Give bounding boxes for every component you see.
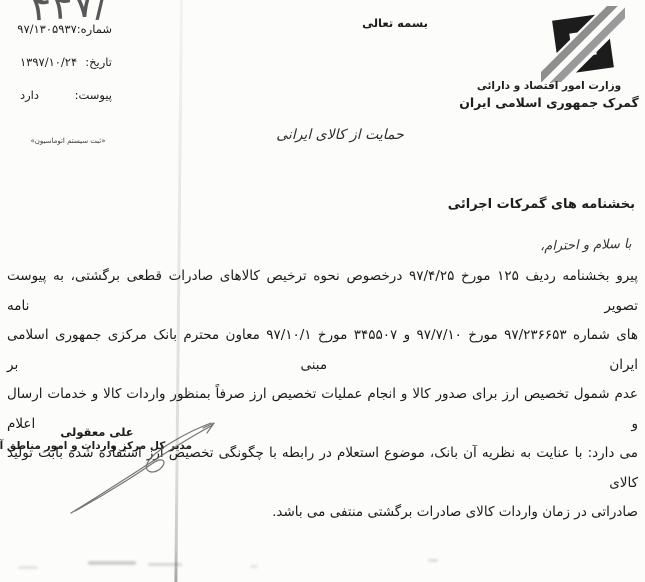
letter-meta-block: شماره: ۹۷/۱۳۰۵۹۳۷ تاریخ: ۱۳۹۷/۱۰/۲۴ پیوس… [20, 22, 112, 121]
scanned-letter-page: ۴۴۷/ شماره: ۹۷/۱۳۰۵۹۳۷ تاریخ: ۱۳۹۷/۱۰/۲۴… [0, 0, 645, 582]
letter-number-value: ۹۷/۱۳۰۵۹۳۷ [17, 22, 76, 36]
body-line: های شماره ۹۷/۲۳۶۶۵۳ مورخ ۹۷/۷/۱۰ و ۳۴۵۵۰… [7, 321, 638, 380]
automation-system-note: «ثبت سیستم اتوماسیون» [16, 137, 120, 145]
letter-attachment-value: دارد [20, 88, 39, 102]
letter-attachment-label: پیوست: [75, 88, 112, 102]
year-slogan-calligraphy: حمایت از کالای ایرانی [243, 127, 437, 143]
signature-scribble-icon [55, 418, 220, 523]
scan-smudge [250, 565, 258, 568]
letterhead-text: وزارت امور اقتصاد و دارائی گمرک جمهوری ا… [456, 80, 642, 111]
recipient-heading: بخشنامه های گمرکات اجرائی [448, 197, 635, 212]
scan-smudge [88, 561, 136, 565]
organization-name: گمرک جمهوری اسلامی ایران [456, 95, 642, 111]
letter-date-value: ۱۳۹۷/۱۰/۲۴ [20, 55, 77, 69]
salutation-handwritten: با سلام و احترام، [540, 237, 632, 254]
letter-date-label: تاریخ: [85, 55, 112, 69]
scan-smudge [428, 559, 438, 562]
letter-number-row: شماره: ۹۷/۱۳۰۵۹۳۷ [20, 22, 112, 36]
iran-customs-logo-icon [541, 6, 625, 82]
scan-smudge [148, 563, 182, 566]
ministry-name: وزارت امور اقتصاد و دارائی [456, 80, 642, 93]
scan-smudge [18, 566, 38, 569]
bismillah-header: بسمه تعالی [330, 16, 460, 30]
letter-number-label: شماره: [77, 22, 112, 36]
body-line: پیرو بخشنامه ردیف ۱۲۵ مورخ ۹۷/۴/۲۵ درخصو… [7, 262, 638, 321]
letter-date-row: تاریخ: ۱۳۹۷/۱۰/۲۴ [20, 55, 112, 69]
letter-attachment-row: پیوست: دارد [20, 88, 112, 102]
